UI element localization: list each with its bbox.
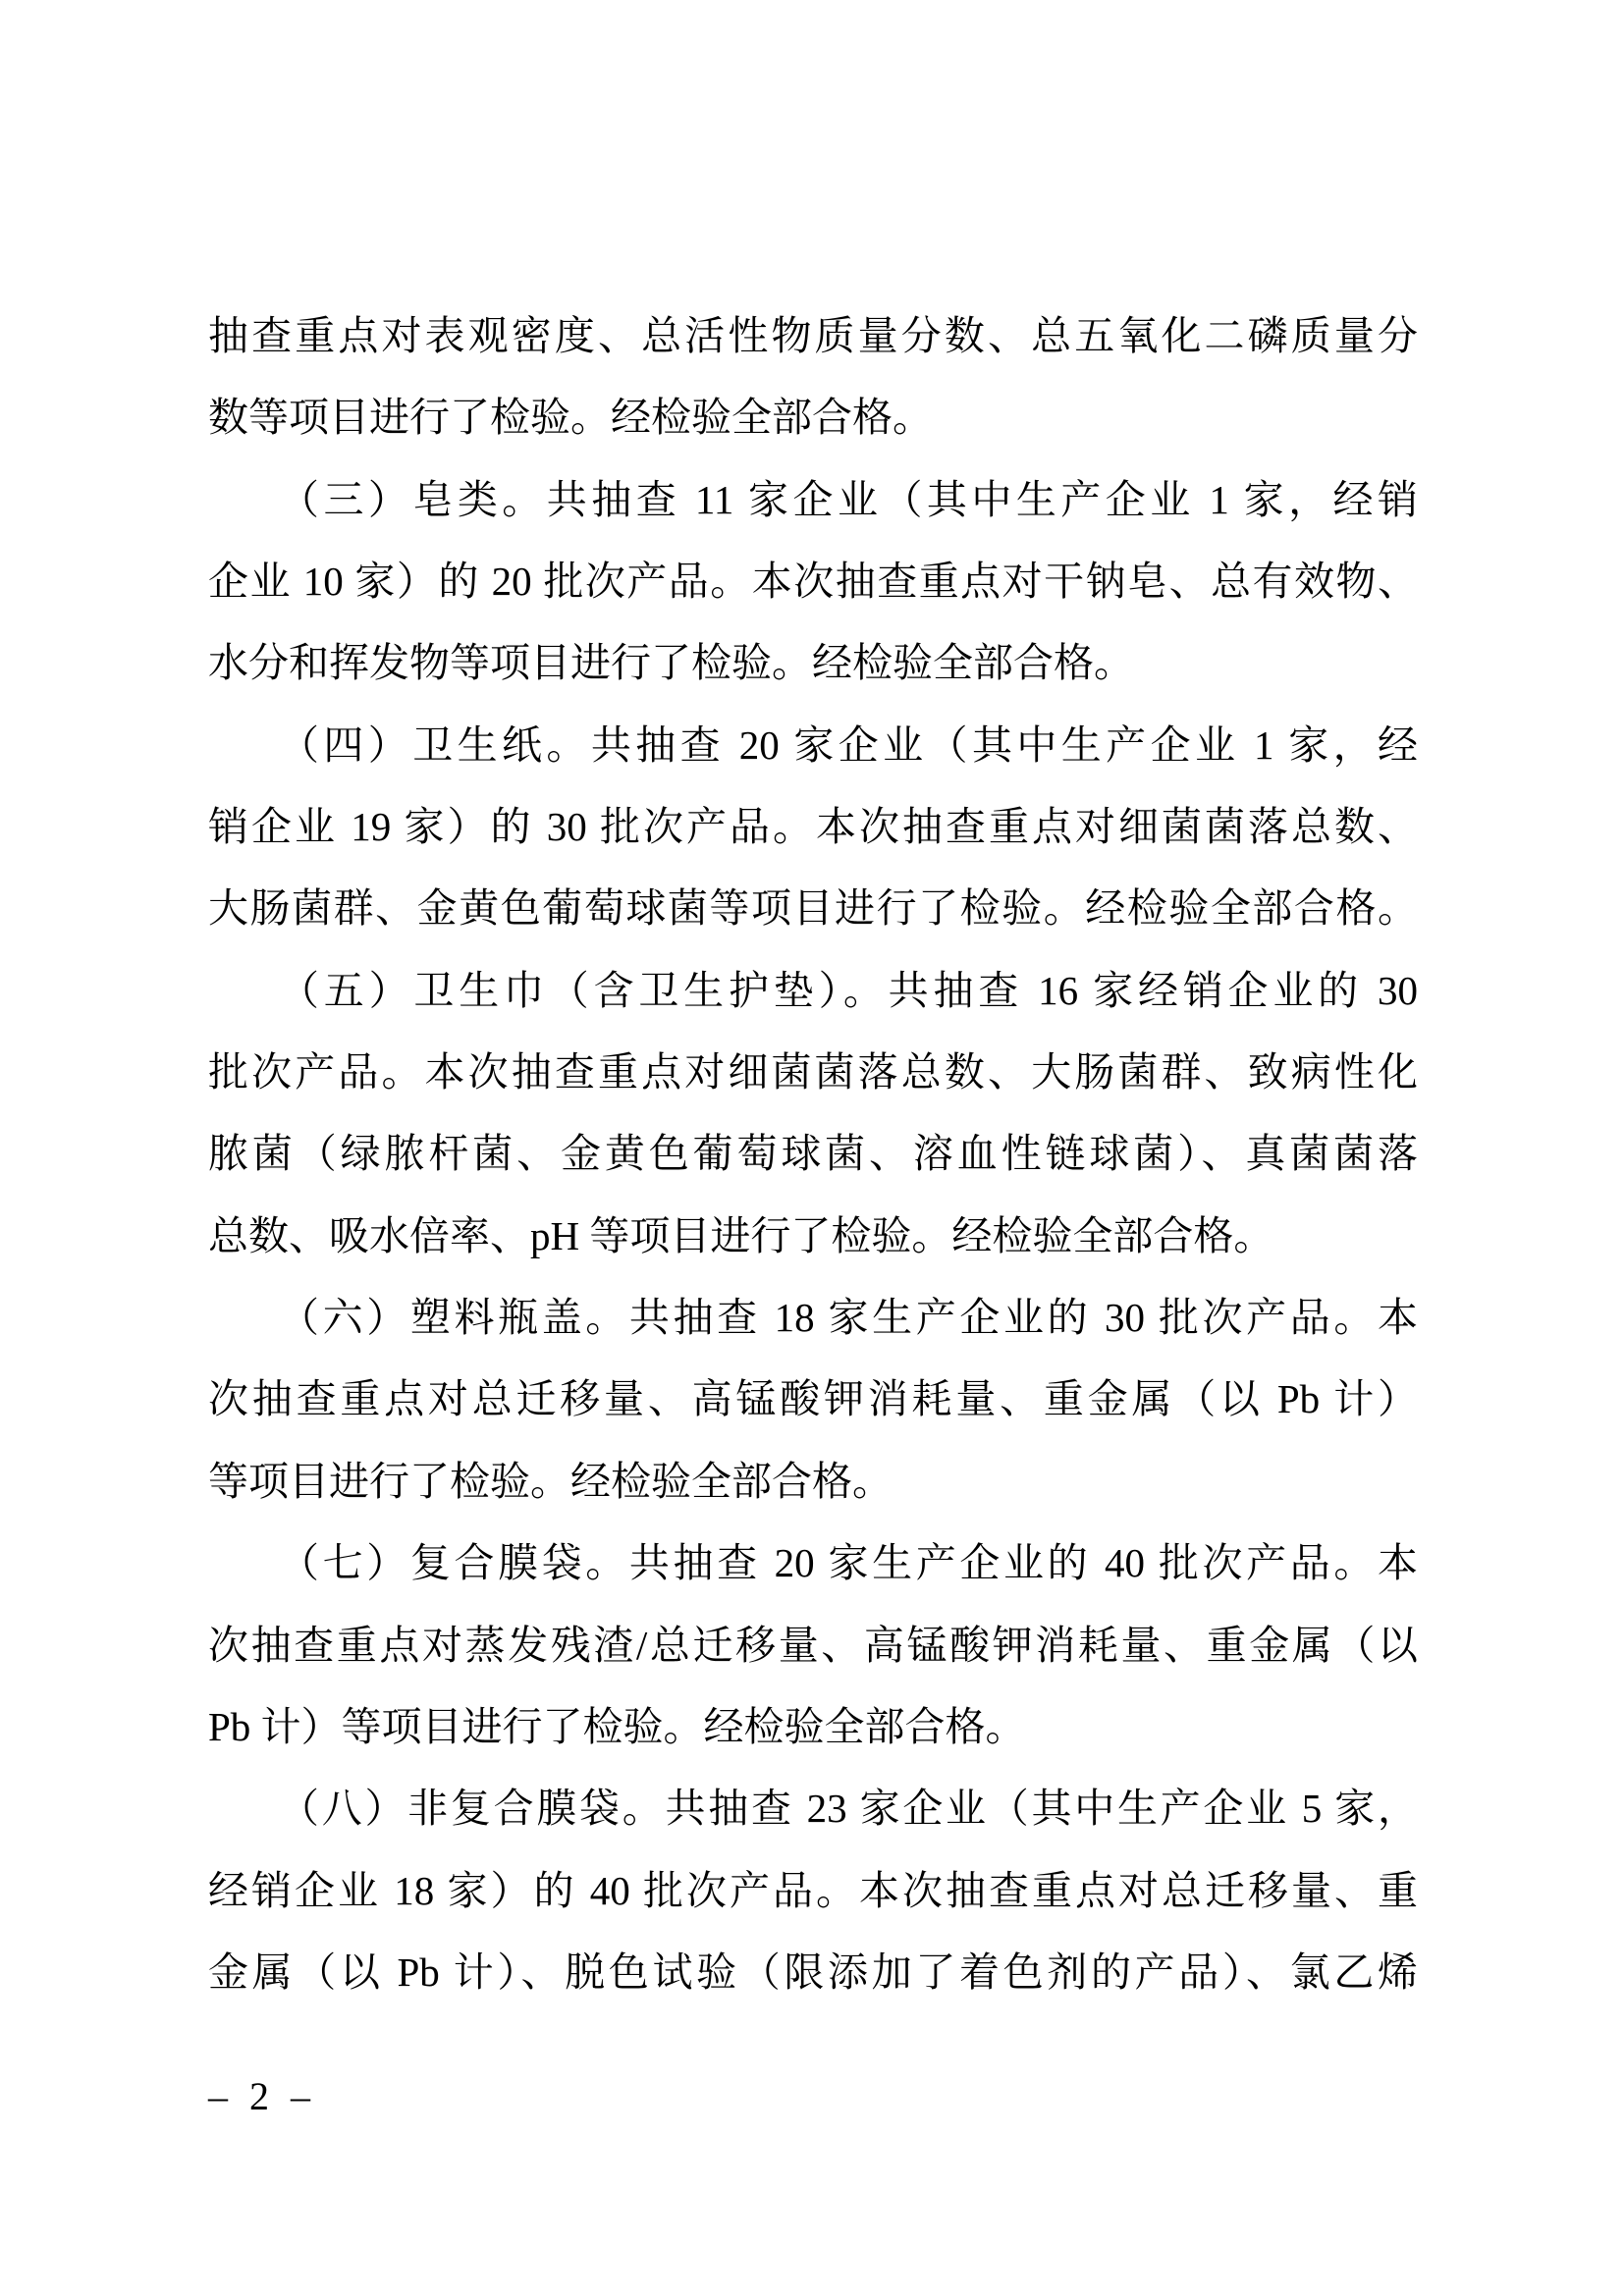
text-line: 经销企业 18 家）的 40 批次产品。本次抽查重点对总迁移量、重 (208, 1850, 1418, 1932)
text-line: 次抽查重点对总迁移量、高锰酸钾消耗量、重金属（以 Pb 计） (208, 1359, 1418, 1440)
text-line: （三）皂类。共抽查 11 家企业（其中生产企业 1 家，经销 (208, 459, 1418, 541)
text-line: 水分和挥发物等项目进行了检验。经检验全部合格。 (208, 622, 1418, 704)
text-line: 抽查重点对表观密度、总活性物质量分数、总五氧化二磷质量分 (208, 295, 1418, 377)
text-line: 销企业 19 家）的 30 批次产品。本次抽查重点对细菌菌落总数、 (208, 786, 1418, 868)
text-line: 脓菌（绿脓杆菌、金黄色葡萄球菌、溶血性链球菌）、真菌菌落 (208, 1113, 1418, 1195)
text-block: 抽查重点对表观密度、总活性物质量分数、总五氧化二磷质量分数等项目进行了检验。经检… (208, 295, 1418, 2013)
document-page: 抽查重点对表观密度、总活性物质量分数、总五氧化二磷质量分数等项目进行了检验。经检… (0, 0, 1624, 2296)
text-line: （六）塑料瓶盖。共抽查 18 家生产企业的 30 批次产品。本 (208, 1277, 1418, 1359)
text-line: （五）卫生巾（含卫生护垫）。共抽查 16 家经销企业的 30 (208, 950, 1418, 1032)
text-line: 大肠菌群、金黄色葡萄球菌等项目进行了检验。经检验全部合格。 (208, 868, 1418, 949)
text-line: 金属（以 Pb 计）、脱色试验（限添加了着色剂的产品）、氯乙烯 (208, 1932, 1418, 2013)
text-line: 企业 10 家）的 20 批次产品。本次抽查重点对干钠皂、总有效物、 (208, 541, 1418, 622)
text-line: （八）非复合膜袋。共抽查 23 家企业（其中生产企业 5 家， (208, 1768, 1418, 1849)
text-line: 总数、吸水倍率、pH 等项目进行了检验。经检验全部合格。 (208, 1196, 1418, 1277)
text-line: 数等项目进行了检验。经检验全部合格。 (208, 377, 1418, 458)
text-line: 批次产品。本次抽查重点对细菌菌落总数、大肠菌群、致病性化 (208, 1032, 1418, 1113)
text-line: （四）卫生纸。共抽查 20 家企业（其中生产企业 1 家，经 (208, 705, 1418, 786)
text-line: 次抽查重点对蒸发残渣/总迁移量、高锰酸钾消耗量、重金属（以 (208, 1605, 1418, 1686)
text-line: 等项目进行了检验。经检验全部合格。 (208, 1441, 1418, 1522)
page-number: – 2 – (208, 2077, 311, 2116)
text-line: （七）复合膜袋。共抽查 20 家生产企业的 40 批次产品。本 (208, 1522, 1418, 1604)
text-line: Pb 计）等项目进行了检验。经检验全部合格。 (208, 1686, 1418, 1768)
